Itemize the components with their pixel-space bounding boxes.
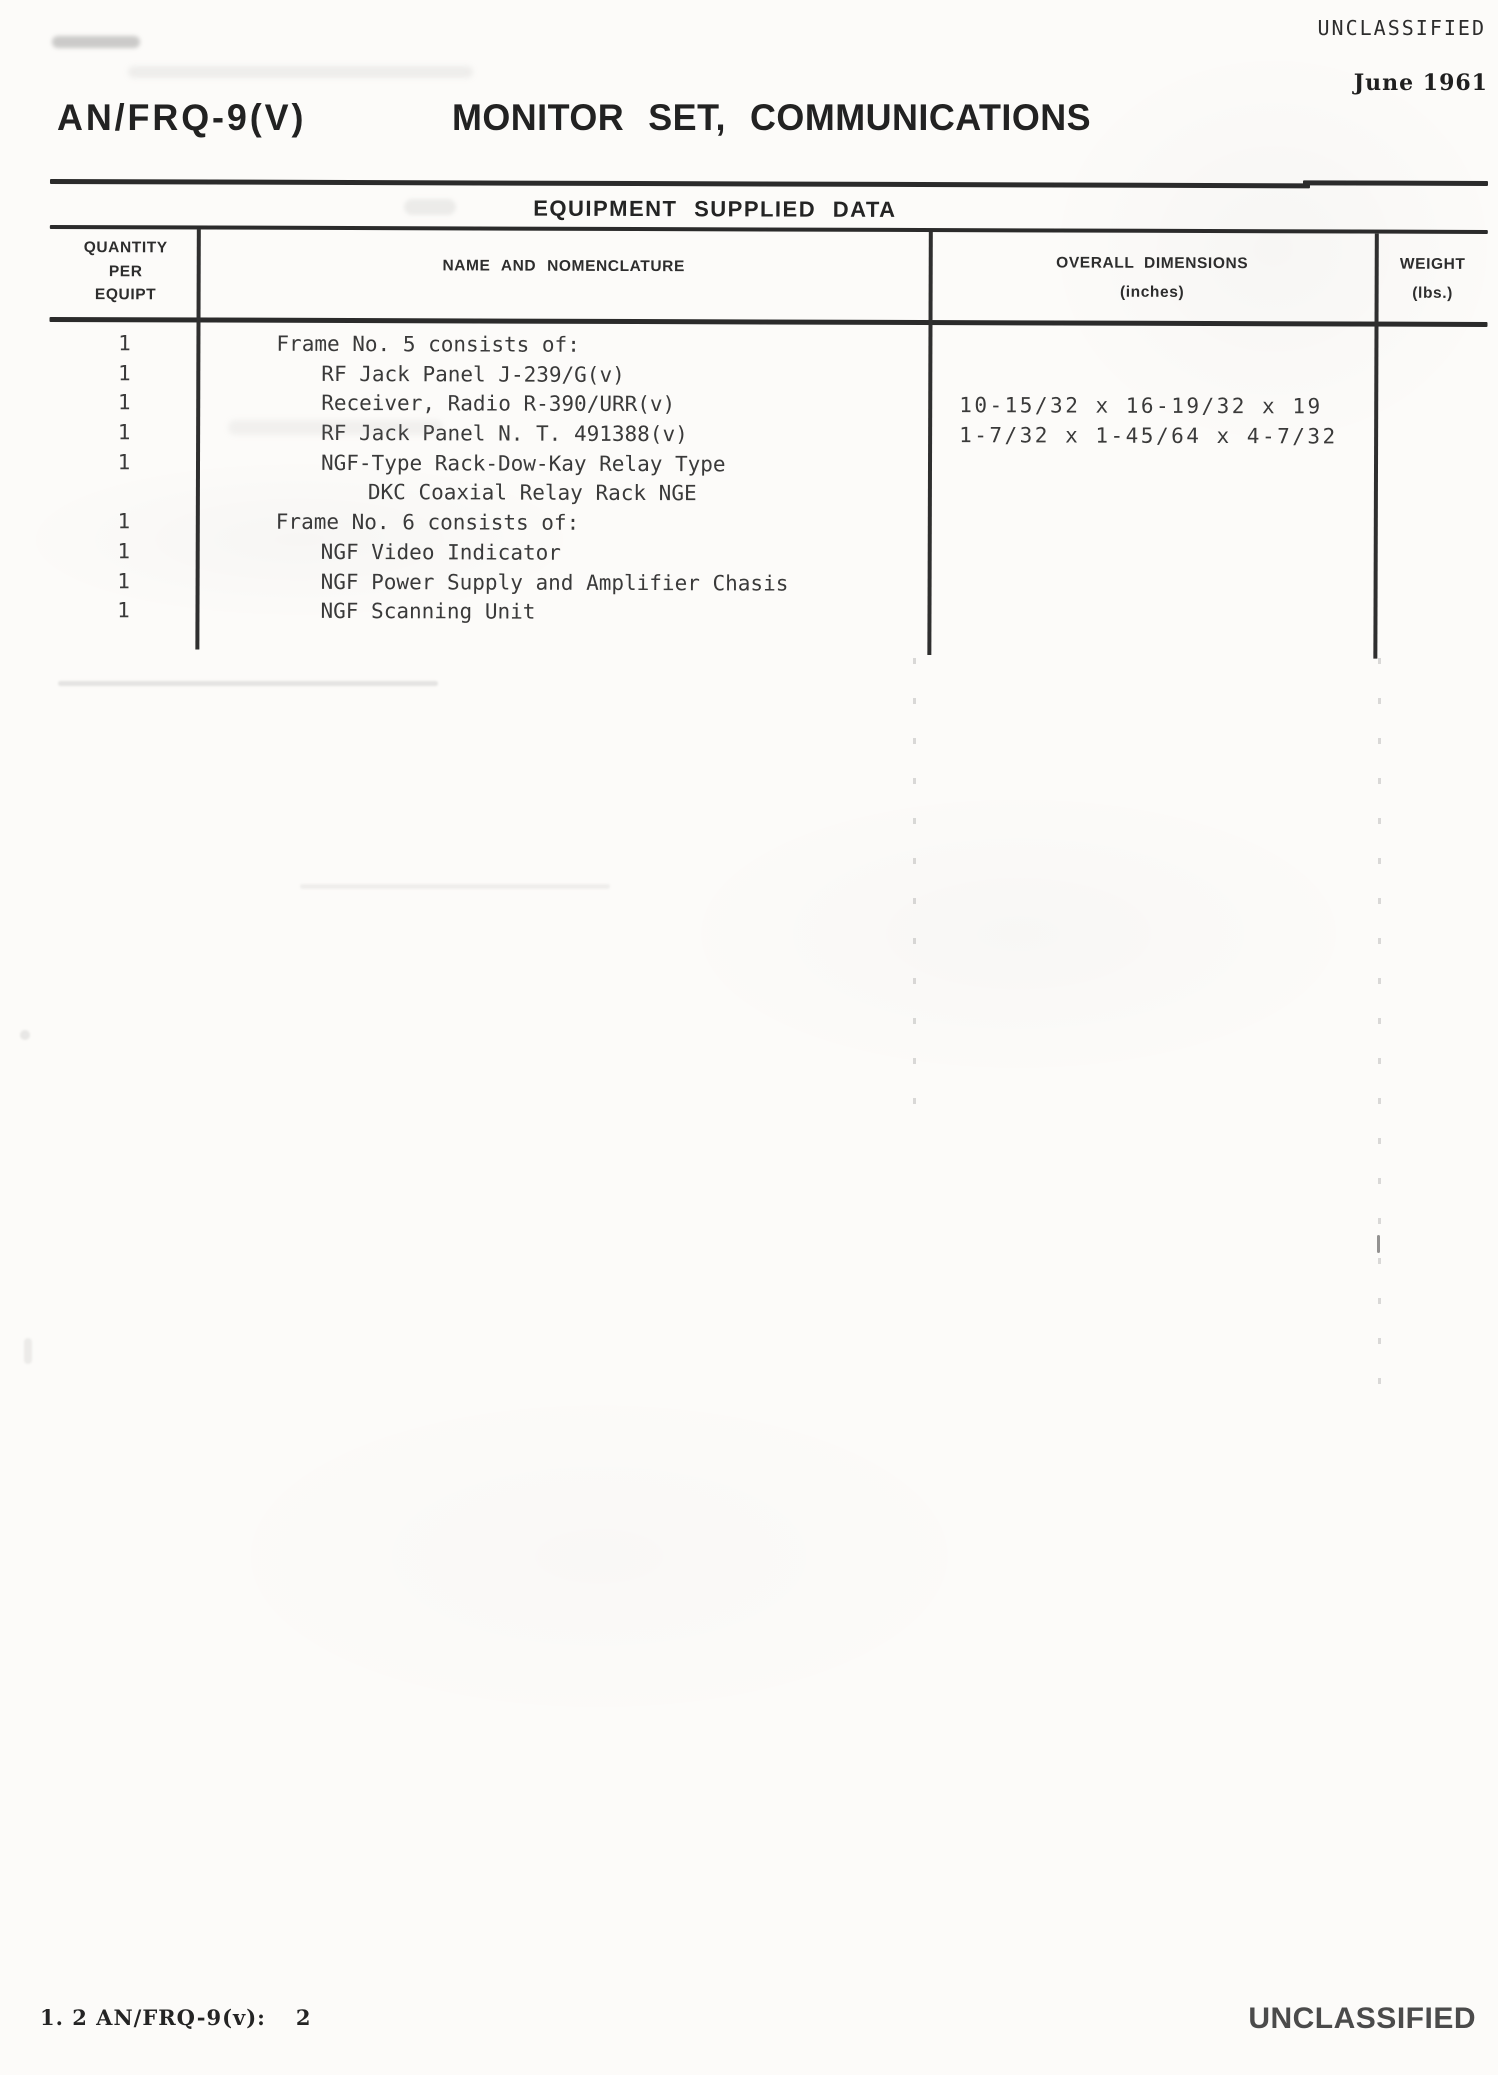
column-header-dimensions: OVERALL DIMENSIONS (inches): [930, 248, 1375, 308]
scan-artifact: [52, 36, 140, 48]
name-cell: NGF Scanning Unit: [320, 599, 535, 624]
table-title-rule: [50, 225, 1488, 234]
document-page: UNCLASSIFIED June 1961 AN/FRQ-9(V) MONIT…: [0, 0, 1498, 2075]
quantity-cell: 1: [98, 598, 148, 622]
quantity-cell: 1: [99, 539, 149, 563]
name-cell: Receiver, Radio R-390/URR(v): [321, 391, 675, 416]
column-header-name: NAME AND NOMENCLATURE: [200, 256, 928, 277]
table-top-rule: [50, 179, 1310, 188]
page-number: 2: [296, 2005, 312, 2030]
table-top-rule-segment: [1303, 180, 1488, 186]
scan-artifact: [24, 1338, 32, 1364]
column-header-weight-unit: (lbs.): [1377, 279, 1489, 308]
scan-artifact-mark: [1377, 1235, 1380, 1253]
table-row: 1 NGF Scanning Unit: [53, 598, 1486, 633]
quantity-cell: 1: [99, 391, 149, 415]
name-cell: RF Jack Panel J-239/G(v): [321, 362, 625, 387]
column-header-quantity-line2: PER: [55, 259, 197, 283]
name-cell: NGF-Type Rack-Dow-Kay Relay Type: [321, 451, 726, 476]
column-header-quantity-line3: EQUIPT: [55, 283, 197, 307]
scan-artifact: [128, 66, 473, 78]
column-header-weight-line1: WEIGHT: [1377, 250, 1489, 279]
scan-artifact: [20, 1030, 30, 1040]
footer-reference-text: 1. 2 AN/FRQ-9(v):: [40, 2005, 266, 2030]
dimensions-cell: 1-7/32 x 1-45/64 x 4-7/32: [959, 423, 1338, 448]
table-header-rule: [50, 317, 1488, 327]
scan-artifact: [300, 884, 610, 889]
dimensions-cell: 10-15/32 x 16-19/32 x 19: [959, 394, 1323, 419]
quantity-cell: 1: [99, 361, 149, 385]
scan-artifact-column-ghost: [1378, 658, 1381, 1406]
column-header-quantity: QUANTITY PER EQUIPT: [55, 236, 197, 307]
table-body: 1 Frame No. 5 consists of: 1 RF Jack Pan…: [53, 331, 1487, 633]
scan-artifact: [228, 420, 443, 435]
name-cell: NGF Video Indicator: [321, 540, 561, 565]
quantity-cell: 1: [99, 331, 149, 355]
quantity-cell: 1: [99, 420, 149, 444]
column-header-dimensions-line1: OVERALL DIMENSIONS: [930, 248, 1375, 279]
equipment-supplied-table: EQUIPMENT SUPPLIED DATA QUANTITY PER EQU…: [0, 0, 1498, 705]
footer-reference: 1. 2 AN/FRQ-9(v):2: [40, 2005, 312, 2030]
table-title: EQUIPMENT SUPPLIED DATA: [50, 194, 1380, 225]
name-cell: Frame No. 5 consists of:: [276, 332, 580, 357]
scan-artifact-column-ghost: [913, 658, 916, 1120]
quantity-cell: 1: [99, 569, 149, 593]
scan-artifact: [404, 199, 456, 215]
column-header-weight: WEIGHT (lbs.): [1377, 250, 1489, 308]
quantity-cell: 1: [99, 509, 149, 533]
name-cell: NGF Power Supply and Amplifier Chasis: [321, 569, 789, 595]
column-header-quantity-line1: QUANTITY: [55, 236, 197, 260]
scan-artifact: [58, 681, 438, 686]
column-header-dimensions-unit: (inches): [930, 277, 1375, 308]
classification-banner-bottom: UNCLASSIFIED: [1248, 2002, 1476, 2036]
name-cell: Frame No. 6 consists of:: [276, 510, 580, 535]
quantity-cell: 1: [99, 450, 149, 474]
name-cell: DKC Coaxial Relay Rack NGE: [368, 481, 697, 506]
